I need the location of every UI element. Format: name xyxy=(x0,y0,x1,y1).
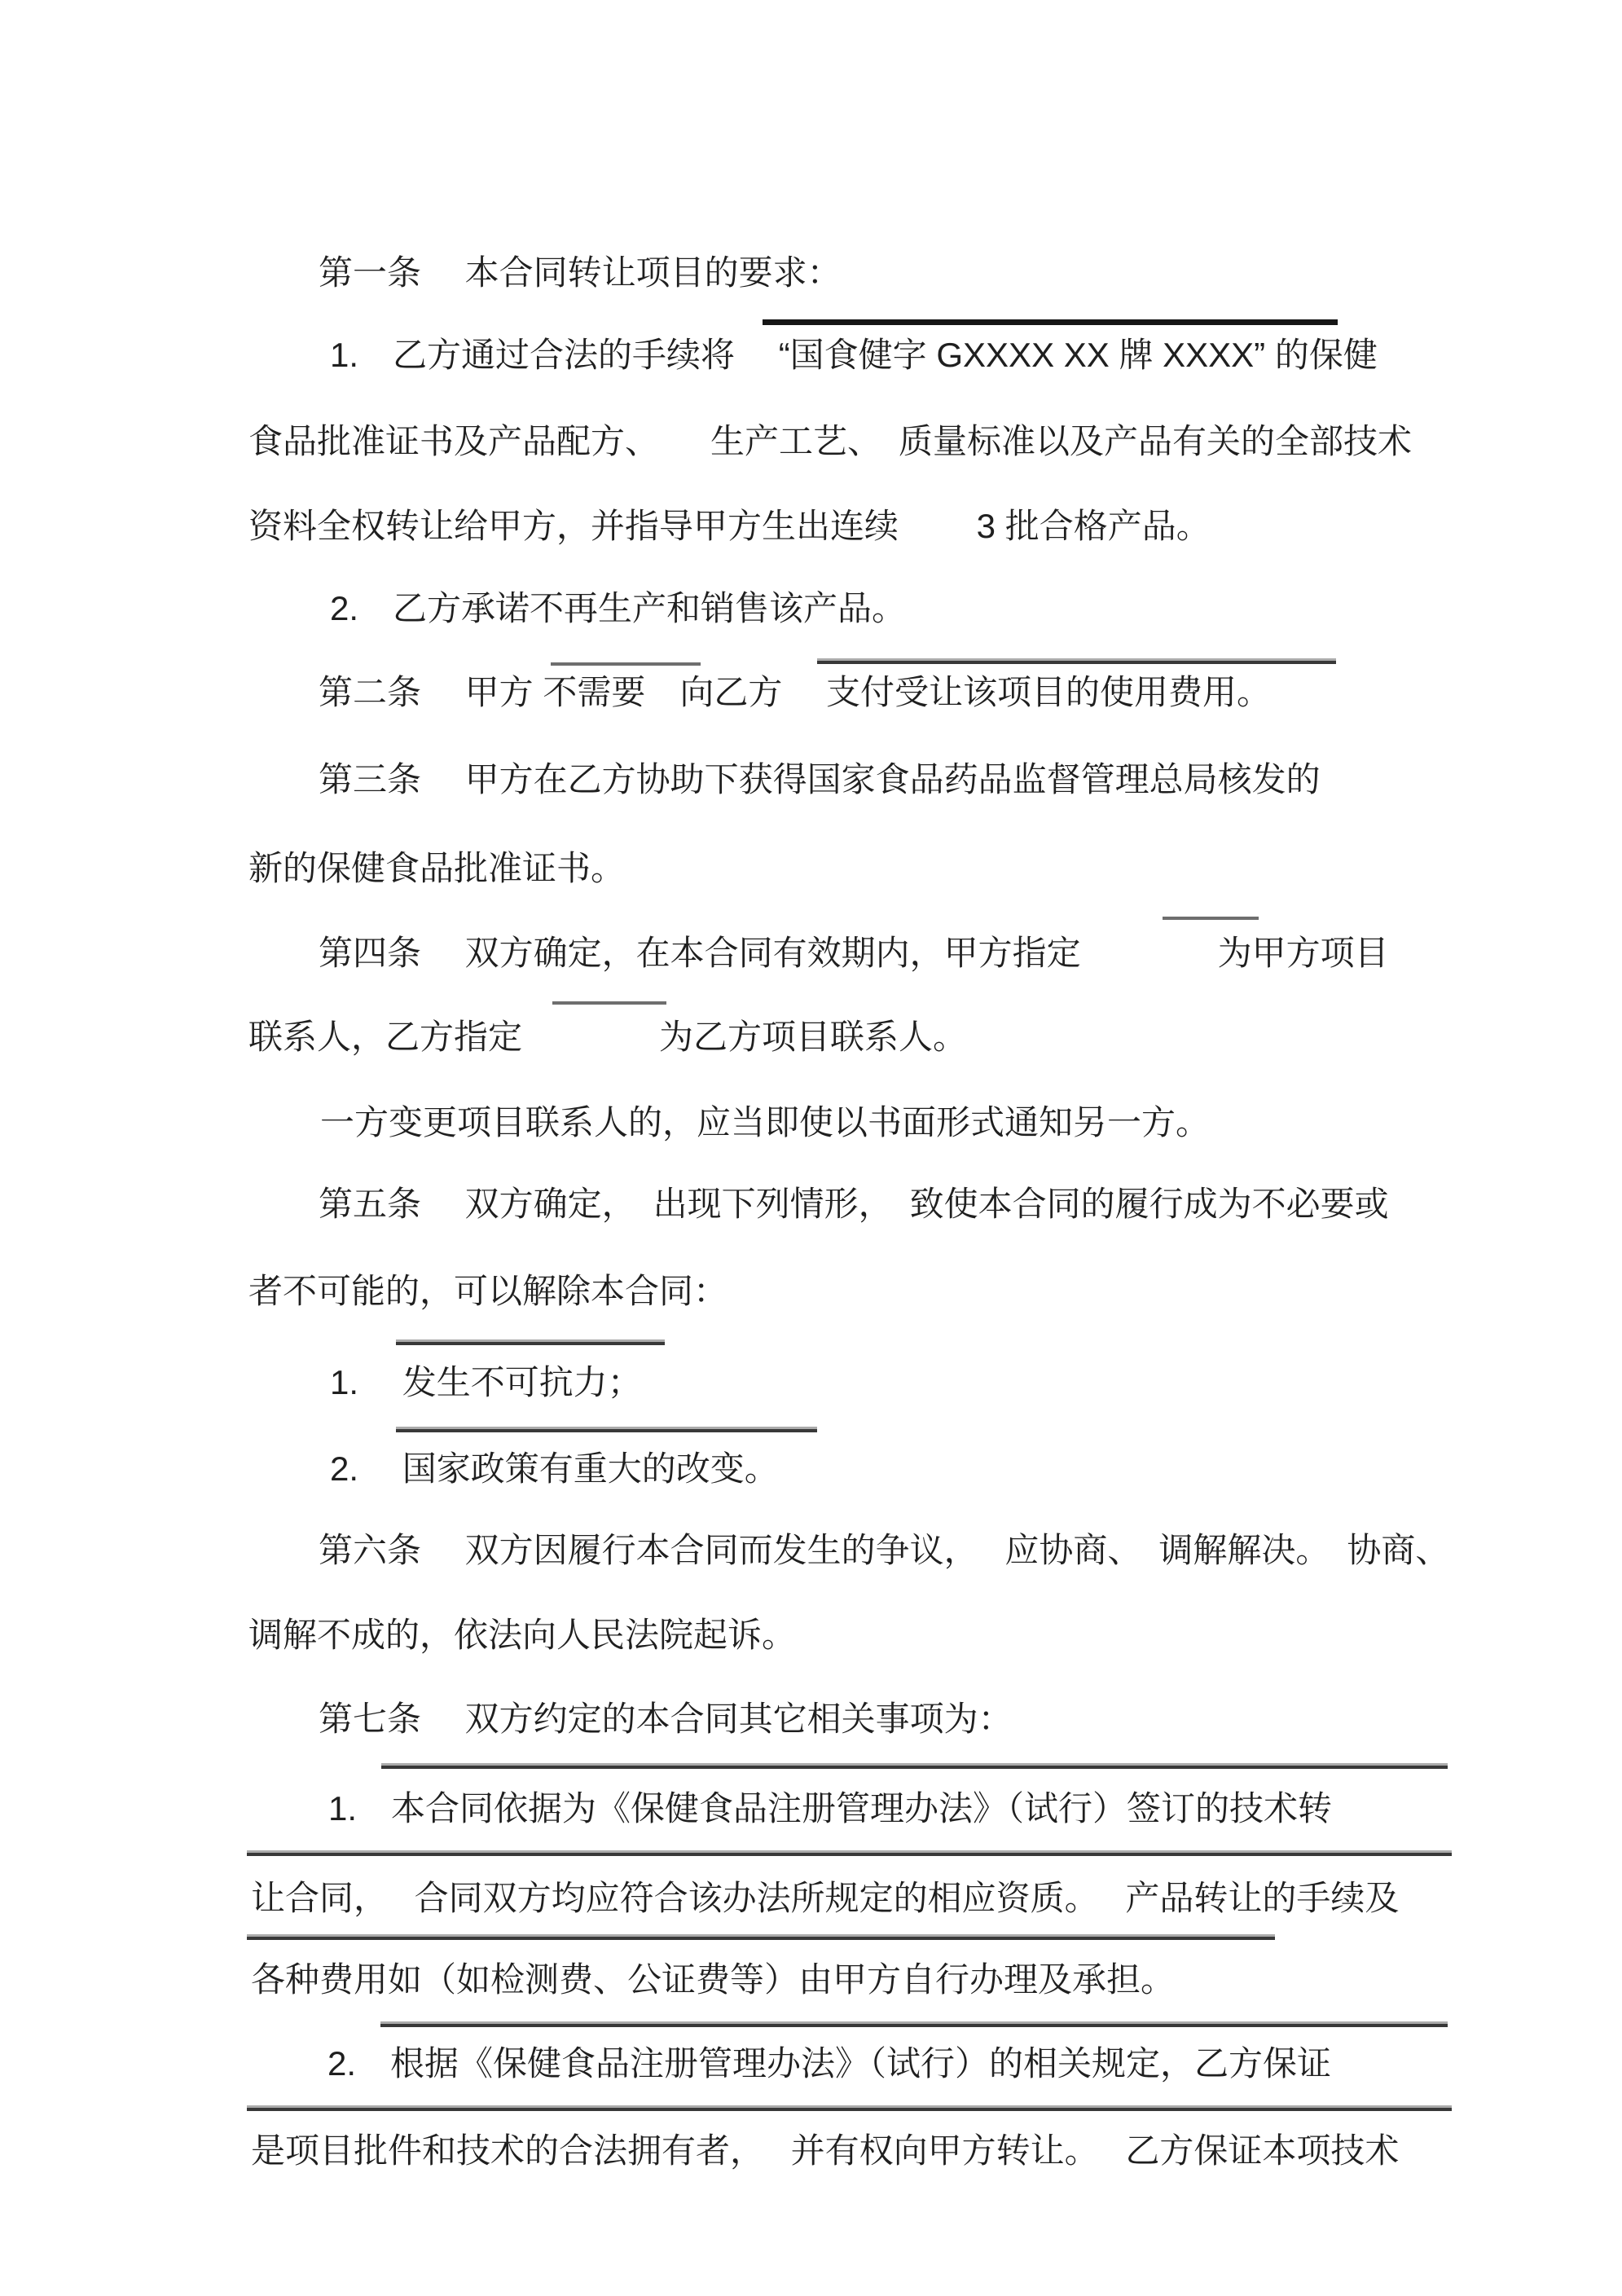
blank-underline xyxy=(763,319,1338,325)
blank-underline xyxy=(551,662,701,666)
clause-heading-line: 第三条 甲方在乙方协助下获得国家食品药品监督管理总局核发的 xyxy=(319,761,1321,798)
blank-underline xyxy=(396,1429,817,1432)
paragraph-line: 食品批准证书及产品配方、 生产工艺、 质量标准以及产品有关的全部技术 xyxy=(248,423,1412,460)
clause-heading-line: 第一条 本合同转让项目的要求： xyxy=(319,254,842,292)
numbered-item-line: 2. 国家政策有重大的改变。 xyxy=(330,1450,779,1488)
clause-heading-line: 第四条 双方确定，在本合同有效期内，甲方指定 为甲方项目 xyxy=(319,935,1389,972)
blank-underline xyxy=(396,1342,665,1345)
paragraph-line: 各种费用如（如检测费、公证费等）由甲方自行办理及承担。 xyxy=(251,1961,1175,1999)
numbered-item-line: 1. 发生不可抗力； xyxy=(330,1364,642,1401)
blank-underline xyxy=(817,661,1336,664)
paragraph-line: 让合同， 合同双方均应符合该办法所规定的相应资质。 产品转让的手续及 xyxy=(251,1880,1399,1917)
paragraph-line: 资料全权转让给甲方，并指导甲方生出连续 3 批合格产品。 xyxy=(248,508,1211,545)
paragraph-line: 联系人，乙方指定 为乙方项目联系人。 xyxy=(248,1018,967,1056)
paragraph-line: 一方变更项目联系人的，应当即使以书面形式通知另一方。 xyxy=(320,1104,1210,1141)
blank-underline xyxy=(381,1766,1448,1769)
clause-heading-line: 第二条 甲方 不需要 向乙方 支付受让该项目的使用费用。 xyxy=(319,674,1271,711)
numbered-item-line: 1. 本合同依据为《保健食品注册管理办法》（试行）签订的技术转 xyxy=(328,1790,1332,1828)
blank-underline xyxy=(552,1001,666,1005)
numbered-item-line: 1. 乙方通过合法的手续将 “国食健字 GXXXX XX 牌 XXXX” 的保健 xyxy=(330,336,1378,374)
clause-heading-line: 第六条 双方因履行本合同而发生的争议， 应协商、 调解解决。 协商、 xyxy=(319,1532,1449,1569)
blank-underline xyxy=(1163,917,1259,920)
blank-underline xyxy=(247,2108,1452,2111)
paragraph-line: 者不可能的，可以解除本合同： xyxy=(248,1273,727,1310)
blank-underline xyxy=(247,1853,1452,1856)
contract-page: 第一条 本合同转让项目的要求： 1. 乙方通过合法的手续将 “国食健字 GXXX… xyxy=(0,0,1622,2296)
clause-heading-line: 第七条 双方约定的本合同其它相关事项为： xyxy=(319,1700,1013,1738)
numbered-item-line: 2. 乙方承诺不再生产和销售该产品。 xyxy=(330,590,906,627)
numbered-item-line: 2. 根据《保健食品注册管理办法》（试行）的相关规定，乙方保证 xyxy=(327,2045,1331,2083)
paragraph-line: 调解不成的，依法向人民法院起诉。 xyxy=(248,1616,796,1654)
blank-underline xyxy=(380,2024,1448,2027)
paragraph-line: 是项目批件和技术的合法拥有者， 并有权向甲方转让。 乙方保证本项技术 xyxy=(251,2132,1399,2170)
paragraph-line: 新的保健食品批准证书。 xyxy=(248,850,625,887)
clause-heading-line: 第五条 双方确定， 出现下列情形， 致使本合同的履行成为不必要或 xyxy=(319,1185,1389,1223)
blank-underline xyxy=(247,1937,1275,1940)
